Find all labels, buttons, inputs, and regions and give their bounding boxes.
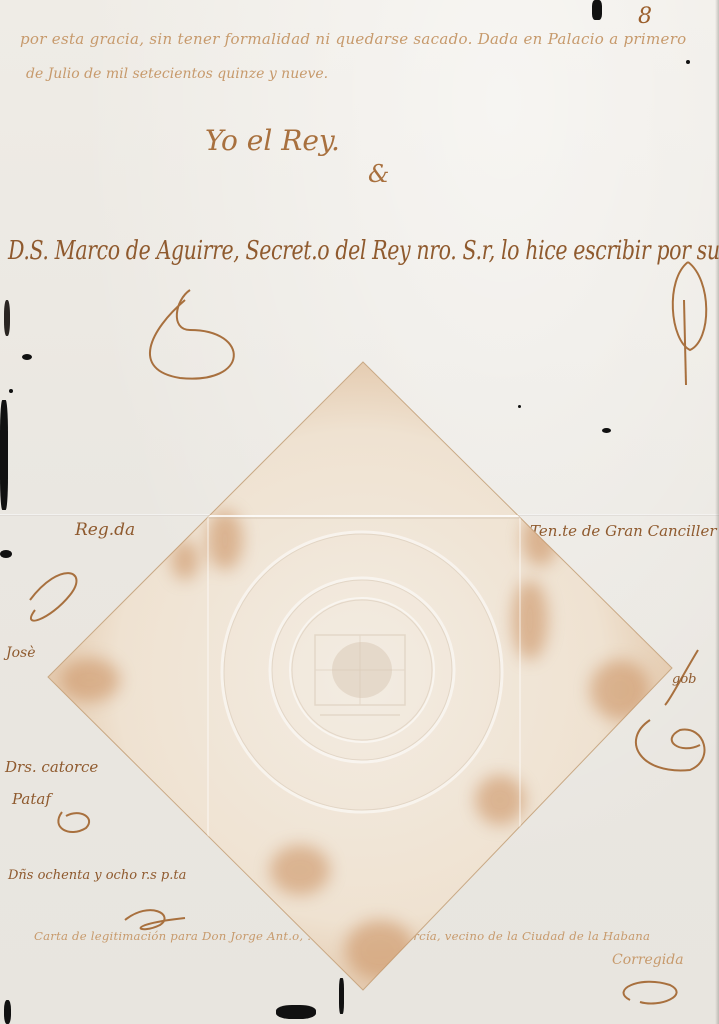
margin-pataf: Pataf [12,790,51,808]
margin-gob: gob [672,672,696,687]
margin-jose: Josè [6,645,36,661]
bottom-summary: Carta de legitimación para Don Jorge Ant… [34,930,650,943]
margin-duenos: Dñs ochenta y ocho r.s p.ta [8,868,186,883]
corregida-note: Corregida [612,952,684,968]
margin-registrada: Reg.da [75,520,135,540]
margin-chanciller: Ten.te de Gran Canciller [530,522,717,540]
margin-derechos: Drs. catorce [5,758,98,776]
